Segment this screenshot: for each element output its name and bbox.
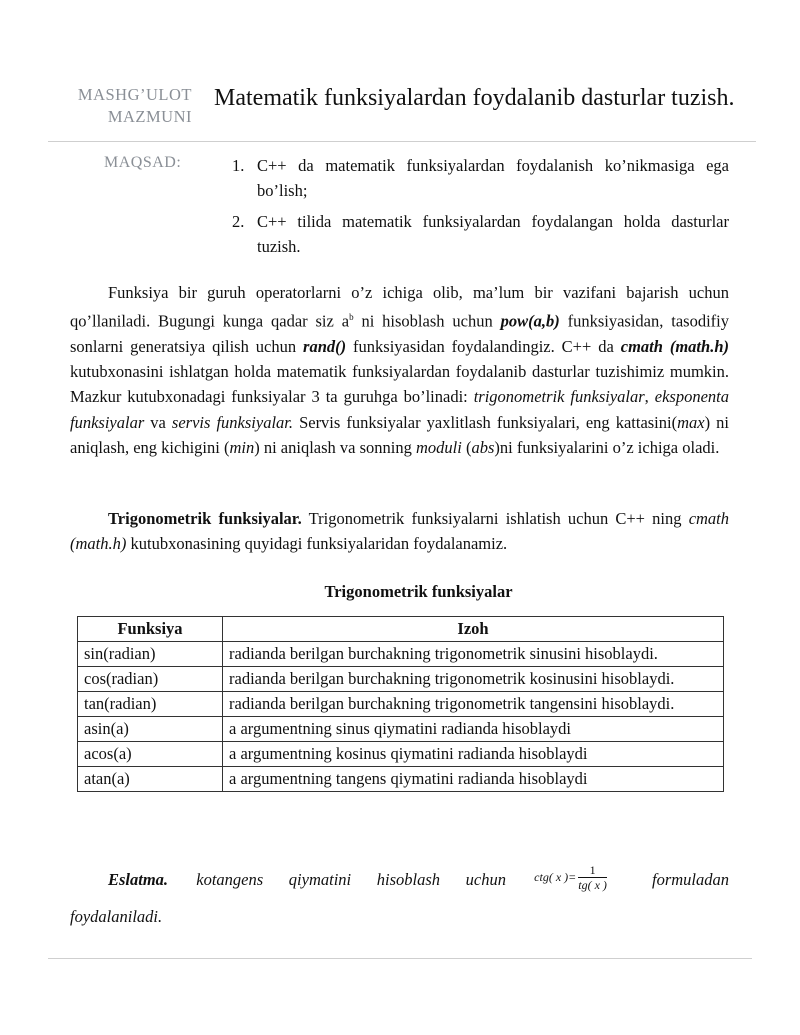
- goal-item: 2. C++ tilida matematik funksiyalardan f…: [232, 209, 729, 259]
- text: va: [144, 413, 172, 432]
- description-cell: radianda berilgan burchakning trigonomet…: [223, 667, 724, 692]
- trig-paragraph: Trigonometrik funksiyalar. Trigonometrik…: [70, 506, 729, 556]
- goal-number: 1.: [232, 153, 244, 178]
- function-cell: asin(a): [78, 717, 223, 742]
- description-cell: radianda berilgan burchakning trigonomet…: [223, 692, 724, 717]
- description-cell: radianda berilgan burchakning trigonomet…: [223, 642, 724, 667]
- description-cell: a argumentning kosinus qiymatini radiand…: [223, 742, 724, 767]
- text: )ni funksiyalarini o’z ichiga oladi.: [494, 438, 719, 457]
- text: Servis funksiyalar yaxlitlash funksiyala…: [293, 413, 677, 432]
- code-term-abs: abs: [471, 438, 494, 457]
- function-cell: cos(radian): [78, 667, 223, 692]
- group-term: servis funksiyalar.: [172, 413, 293, 432]
- text: funksiyasidan foydalandingiz. C++ da: [346, 337, 621, 356]
- page-title: Matematik funksiyalardan foydalanib dast…: [214, 83, 735, 113]
- goals-label: MAQSAD:: [104, 154, 181, 172]
- code-term-pow: pow(a,b): [501, 312, 560, 331]
- note-paragraph: Eslatma. kotangens qiymatini hisoblash u…: [70, 862, 729, 934]
- text: kutubxonasining quyidagi funksiyalaridan…: [126, 534, 507, 553]
- function-cell: sin(radian): [78, 642, 223, 667]
- intro-paragraph: Funksiya bir guruh operatorlarni o’z ich…: [70, 280, 729, 460]
- description-cell: a argumentning tangens qiymatini radiand…: [223, 767, 724, 792]
- note-label: Eslatma.: [108, 870, 168, 889]
- text: ni hisoblash uchun: [354, 312, 501, 331]
- table-row: acos(a)a argumentning kosinus qiymatini …: [78, 742, 724, 767]
- table-header-row: Funksiya Izoh: [78, 617, 724, 642]
- code-term-min: min: [229, 438, 254, 457]
- column-header-description: Izoh: [223, 617, 724, 642]
- function-cell: tan(radian): [78, 692, 223, 717]
- goal-number: 2.: [232, 209, 244, 234]
- section-label-line2: MAZMUNI: [62, 106, 192, 128]
- note-text: kotangens qiymatini hisoblash uchun: [196, 870, 506, 889]
- goal-item: 1. C++ da matematik funksiyalardan foyda…: [232, 153, 729, 203]
- text: ,: [645, 387, 655, 406]
- ctg-formula: ctg( x )=1tg( x ): [534, 860, 607, 895]
- code-term-cmath: cmath (math.h): [621, 337, 729, 356]
- formula-fraction: 1tg( x ): [578, 863, 607, 892]
- table-row: tan(radian)radianda berilgan burchakning…: [78, 692, 724, 717]
- table-row: sin(radian)radianda berilgan burchakning…: [78, 642, 724, 667]
- column-header-function: Funksiya: [78, 617, 223, 642]
- table-row: cos(radian)radianda berilgan burchakning…: [78, 667, 724, 692]
- term-moduli: moduli: [416, 438, 462, 457]
- goal-text: C++ da matematik funksiyalardan foydalan…: [257, 153, 729, 203]
- table-row: asin(a)a argumentning sinus qiymatini ra…: [78, 717, 724, 742]
- text: Trigonometrik funksiyalarni ishlatish uc…: [302, 509, 689, 528]
- table-row: atan(a)a argumentning tangens qiymatini …: [78, 767, 724, 792]
- description-cell: a argumentning sinus qiymatini radianda …: [223, 717, 724, 742]
- goals-list: 1. C++ da matematik funksiyalardan foyda…: [232, 153, 729, 265]
- text: ) ni aniqlash va sonning: [254, 438, 416, 457]
- function-cell: atan(a): [78, 767, 223, 792]
- top-divider: [48, 141, 756, 142]
- table-caption: Trigonometrik funksiyalar: [70, 582, 767, 602]
- bottom-divider: [48, 958, 752, 959]
- section-label: MASHG’ULOT MAZMUNI: [62, 84, 192, 128]
- code-term-rand: rand(): [303, 337, 346, 356]
- group-term: trigonometrik funksiyalar: [474, 387, 645, 406]
- section-label-line1: MASHG’ULOT: [62, 84, 192, 106]
- section-heading: Trigonometrik funksiyalar.: [108, 509, 302, 528]
- trig-functions-table: Funksiya Izoh sin(radian)radianda berilg…: [77, 616, 724, 792]
- formula-denominator: tg( x ): [578, 878, 607, 892]
- formula-lhs: ctg( x )=: [534, 870, 576, 884]
- goal-text: C++ tilida matematik funksiyalardan foyd…: [257, 209, 729, 259]
- function-cell: acos(a): [78, 742, 223, 767]
- formula-numerator: 1: [578, 863, 607, 878]
- code-term-max: max: [677, 413, 705, 432]
